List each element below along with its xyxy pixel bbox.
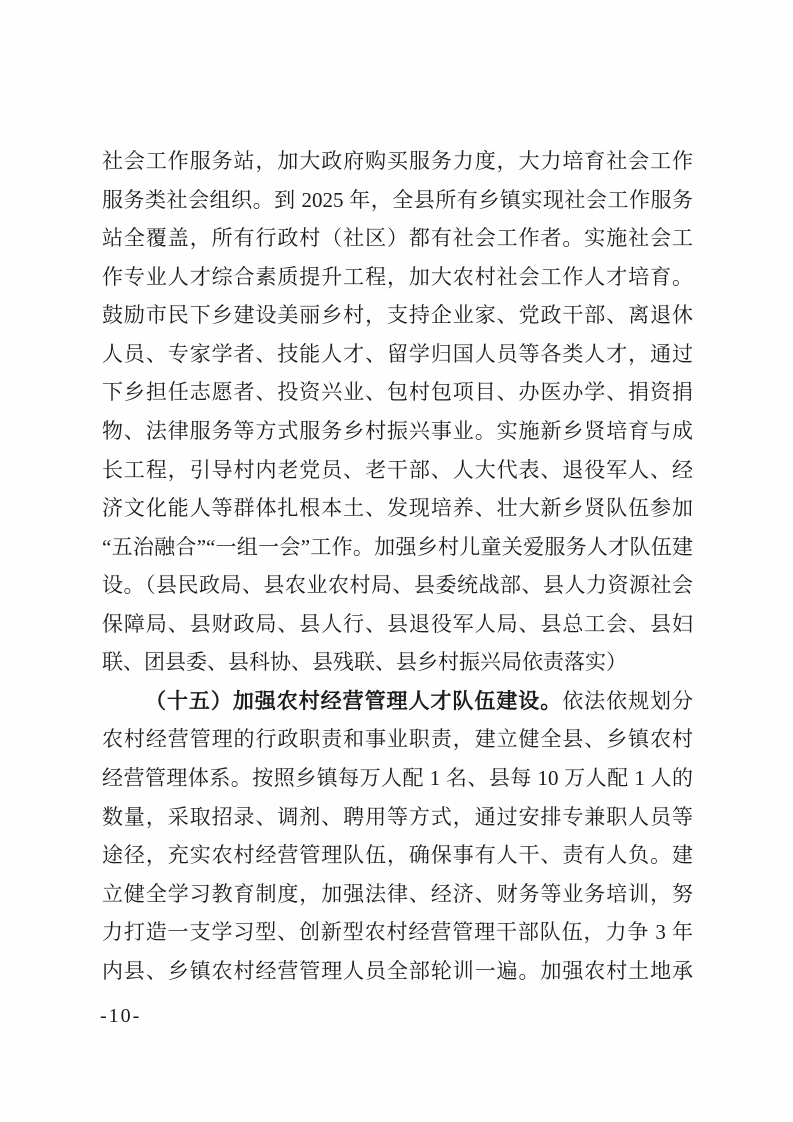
text-line: 经营管理体系。按照乡镇每万人配 1 名、县每 10 万人配 1 人的: [102, 759, 693, 798]
text-segment: 鼓励市民下乡建设美丽乡村，支持企业家、党政干部、离退休: [102, 303, 693, 327]
text-segment: 服务类社会组织。到 2025 年，全县所有乡镇实现社会工作服务: [102, 188, 693, 212]
text-line: 长工程，引导村内老党员、老干部、人大代表、退役军人、经: [102, 451, 693, 490]
text-segment: 作专业人才综合素质提升工程，加大农村社会工作人才培育。: [102, 265, 693, 289]
text-line: 社会工作服务站，加大政府购买服务力度，大力培育社会工作: [102, 142, 693, 181]
text-segment: 长工程，引导村内老党员、老干部、人大代表、退役军人、经: [102, 458, 693, 482]
text-segment: 数量，采取招录、调剂、聘用等方式，通过安排专兼职人员等: [102, 805, 693, 829]
text-line: 作专业人才综合素质提升工程，加大农村社会工作人才培育。: [102, 258, 693, 297]
text-segment: 物、法律服务等方式服务乡村振兴事业。实施新乡贤培育与成: [102, 419, 693, 443]
text-segment: 济文化能人等群体扎根本土、发现培养、壮大新乡贤队伍参加: [102, 496, 693, 520]
text-segment: 设。（县民政局、县农业农村局、县委统战部、县人力资源社会: [102, 573, 693, 597]
text-line: 途径，充实农村经营管理队伍，确保事有人干、责有人负。建: [102, 836, 693, 875]
text-line: 站全覆盖，所有行政村（社区）都有社会工作者。实施社会工: [102, 219, 693, 258]
text-line: 鼓励市民下乡建设美丽乡村，支持企业家、党政干部、离退休: [102, 296, 693, 335]
text-line: 力打造一支学习型、创新型农村经营管理干部队伍，力争 3 年: [102, 913, 693, 952]
text-segment: 力打造一支学习型、创新型农村经营管理干部队伍，力争 3 年: [102, 920, 693, 944]
document-body: 社会工作服务站，加大政府购买服务力度，大力培育社会工作服务类社会组织。到 202…: [102, 142, 693, 990]
text-line: 设。（县民政局、县农业农村局、县委统战部、县人力资源社会: [102, 566, 693, 605]
text-segment: 立健全学习教育制度，加强法律、经济、财务等业务培训，努: [102, 882, 693, 906]
text-segment: 途径，充实农村经营管理队伍，确保事有人干、责有人负。建: [102, 843, 693, 867]
text-segment: 社会工作服务站，加大政府购买服务力度，大力培育社会工作: [102, 149, 693, 173]
text-line: 立健全学习教育制度，加强法律、经济、财务等业务培训，努: [102, 875, 693, 914]
text-line: 物、法律服务等方式服务乡村振兴事业。实施新乡贤培育与成: [102, 412, 693, 451]
text-segment: 人员、专家学者、技能人才、留学归国人员等各类人才，通过: [102, 342, 693, 366]
text-line: 农村经营管理的行政职责和事业职责，建立健全县、乡镇农村: [102, 720, 693, 759]
text-segment: 内县、乡镇农村经营管理人员全部轮训一遍。加强农村土地承: [102, 959, 693, 983]
text-line: （十五）加强农村经营管理人才队伍建设。依法依规划分: [102, 682, 693, 721]
text-segment: 保障局、县财政局、县人行、县退役军人局、县总工会、县妇: [102, 612, 693, 636]
text-line: 联、团县委、县科协、县残联、县乡村振兴局依责落实）: [102, 643, 693, 682]
text-line: 人员、专家学者、技能人才、留学归国人员等各类人才，通过: [102, 335, 693, 374]
text-line: 内县、乡镇农村经营管理人员全部轮训一遍。加强农村土地承: [102, 952, 693, 991]
text-segment: 经营管理体系。按照乡镇每万人配 1 名、县每 10 万人配 1 人的: [102, 766, 693, 790]
text-line: 保障局、县财政局、县人行、县退役军人局、县总工会、县妇: [102, 605, 693, 644]
text-segment: “五治融合”“一组一会”工作。加强乡村儿童关爱服务人才队伍建: [102, 535, 693, 559]
document-page: 社会工作服务站，加大政府购买服务力度，大力培育社会工作服务类社会组织。到 202…: [0, 0, 793, 1122]
text-segment: 依法依规划分: [562, 689, 693, 713]
text-line: 济文化能人等群体扎根本土、发现培养、壮大新乡贤队伍参加: [102, 489, 693, 528]
page-number: -10-: [100, 997, 141, 1035]
heading-segment: （十五）加强农村经营管理人才队伍建设。: [145, 689, 562, 713]
text-line: 下乡担任志愿者、投资兴业、包村包项目、办医办学、捐资捐: [102, 373, 693, 412]
text-segment: 农村经营管理的行政职责和事业职责，建立健全县、乡镇农村: [102, 727, 693, 751]
text-segment: 站全覆盖，所有行政村（社区）都有社会工作者。实施社会工: [102, 226, 693, 250]
text-line: 数量，采取招录、调剂、聘用等方式，通过安排专兼职人员等: [102, 798, 693, 837]
text-segment: 联、团县委、县科协、县残联、县乡村振兴局依责落实）: [102, 650, 627, 674]
text-line: “五治融合”“一组一会”工作。加强乡村儿童关爱服务人才队伍建: [102, 528, 693, 567]
text-segment: 下乡担任志愿者、投资兴业、包村包项目、办医办学、捐资捐: [102, 380, 693, 404]
text-line: 服务类社会组织。到 2025 年，全县所有乡镇实现社会工作服务: [102, 181, 693, 220]
